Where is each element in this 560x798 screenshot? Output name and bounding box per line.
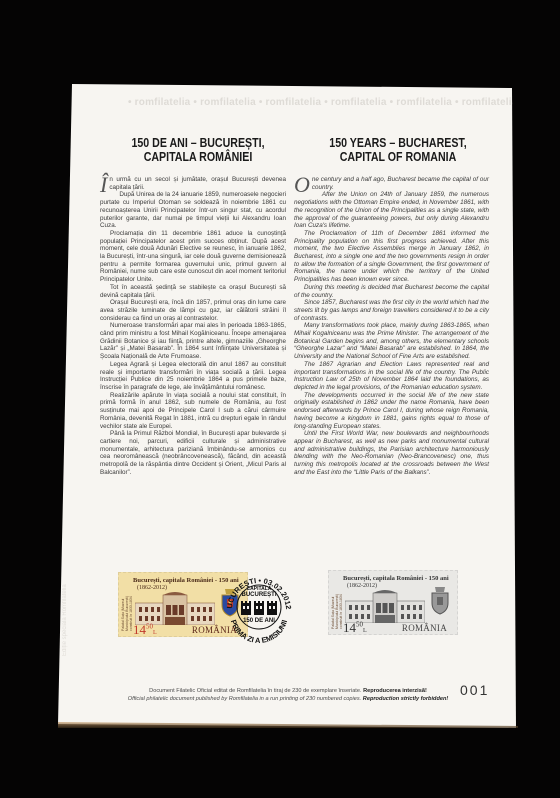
paragraph: Legea Agrară și Legea electorală din anu… xyxy=(100,361,286,392)
footer-english: Official philatelic document published b… xyxy=(118,695,458,703)
postmark-line-150-ani: 150 DE ANI xyxy=(222,618,296,624)
first-day-postmark: BUCUREȘTI • 03.02.2012 • PRIMA ZI A EMIS… xyxy=(222,570,296,644)
bucharest-coat-of-arms-icon xyxy=(429,587,451,615)
footer-ro-text: Document Filatelic Oficial editat de Rom… xyxy=(149,688,361,694)
paragraph: Numeroase transformări apar mai ales în … xyxy=(100,322,286,361)
paragraph: Orașul București era, încă din 1857, pri… xyxy=(100,299,286,322)
postmark-center: CAPITALA BUCUREȘTI 150 DE ANI xyxy=(222,570,296,644)
dropcap-romanian: Î xyxy=(100,176,107,194)
stamp-country: ROMÂNIA xyxy=(402,623,447,633)
stamp-title: București, capitala României - 150 ani xyxy=(343,575,449,582)
stamp-grayscale: Palatul Suțu (Muzeul Municipiului Bucure… xyxy=(328,570,458,635)
paragraph: Many transformations took place, mainly … xyxy=(294,322,489,361)
paragraph: The Proclamation of 11th of December 186… xyxy=(294,230,489,284)
stamp-face-value: 1450L xyxy=(343,620,367,636)
footer-en-warning: Reproduction strictly forbidden! xyxy=(363,696,448,702)
paragraph: After the Union on 24th of January 1859,… xyxy=(294,191,489,230)
document-footer: Document Filatelic Oficial editat de Rom… xyxy=(118,687,458,703)
paragraph: Proclamația din 11 decembrie 1861 aduce … xyxy=(100,230,286,284)
paragraph: Realizările apărute în viața socială a n… xyxy=(100,392,286,431)
castle-towers-icon xyxy=(240,601,278,615)
dropcap-english: O xyxy=(294,176,310,194)
palace-building-illustration xyxy=(345,589,425,623)
paragraph: ne century and a half ago, Bucharest bec… xyxy=(294,176,489,191)
footer-romanian: Document Filatelic Oficial editat de Rom… xyxy=(118,687,458,695)
paragraph: n urmă cu un secol și jumătate, orașul B… xyxy=(100,176,286,191)
paragraph: Until the First World War, new boulevard… xyxy=(294,430,489,476)
postmark-line-bucuresti: BUCUREȘTI xyxy=(222,592,296,598)
serial-number: 001 xyxy=(460,682,489,698)
philatelic-document-sheet: • romfilatelia • romfilatelia • romfilat… xyxy=(58,84,516,728)
stamp-side-caption: Palatul Suțu (Muzeul Municipiului Bucure… xyxy=(121,583,133,631)
romfilatelia-watermark: • romfilatelia • romfilatelia • romfilat… xyxy=(128,97,560,108)
title-english: 150 YEARS – BUCHAREST, CAPITAL OF ROMANI… xyxy=(317,136,479,164)
paragraph: Până la Primul Război Mondial, în Bucure… xyxy=(100,430,286,476)
paragraph: During this meeting is decided that Buch… xyxy=(294,284,489,299)
paragraph: The 1867 Agrarian and Election Laws repr… xyxy=(294,361,489,392)
footer-en-text: Official philatelic document published b… xyxy=(128,696,362,702)
palace-building-illustration xyxy=(135,591,215,625)
stamp-side-caption: Palatul Suțu (Muzeul Municipiului Bucure… xyxy=(331,581,343,629)
title-romanian: 150 DE ANI – BUCUREȘTI, CAPITALA ROMÂNIE… xyxy=(113,136,283,164)
text-column-english: O ne century and a half ago, Bucharest b… xyxy=(294,176,489,476)
paragraph: Tot în această ședință se stabilește ca … xyxy=(100,284,286,299)
footer-ro-warning: Reproducerea interzisă! xyxy=(363,688,427,694)
stamp-face-value: 1450L xyxy=(133,622,157,638)
embossed-side-text: Ediție specială Romfilatelia xyxy=(62,566,78,656)
paragraph: The developments occurred in the social … xyxy=(294,392,489,431)
paragraph: Since 1857, Bucharest was the first city… xyxy=(294,299,489,322)
paragraph: După Unirea de la 24 ianuarie 1859, nume… xyxy=(100,191,286,230)
text-column-romanian: Î n urmă cu un secol și jumătate, orașul… xyxy=(100,176,286,476)
